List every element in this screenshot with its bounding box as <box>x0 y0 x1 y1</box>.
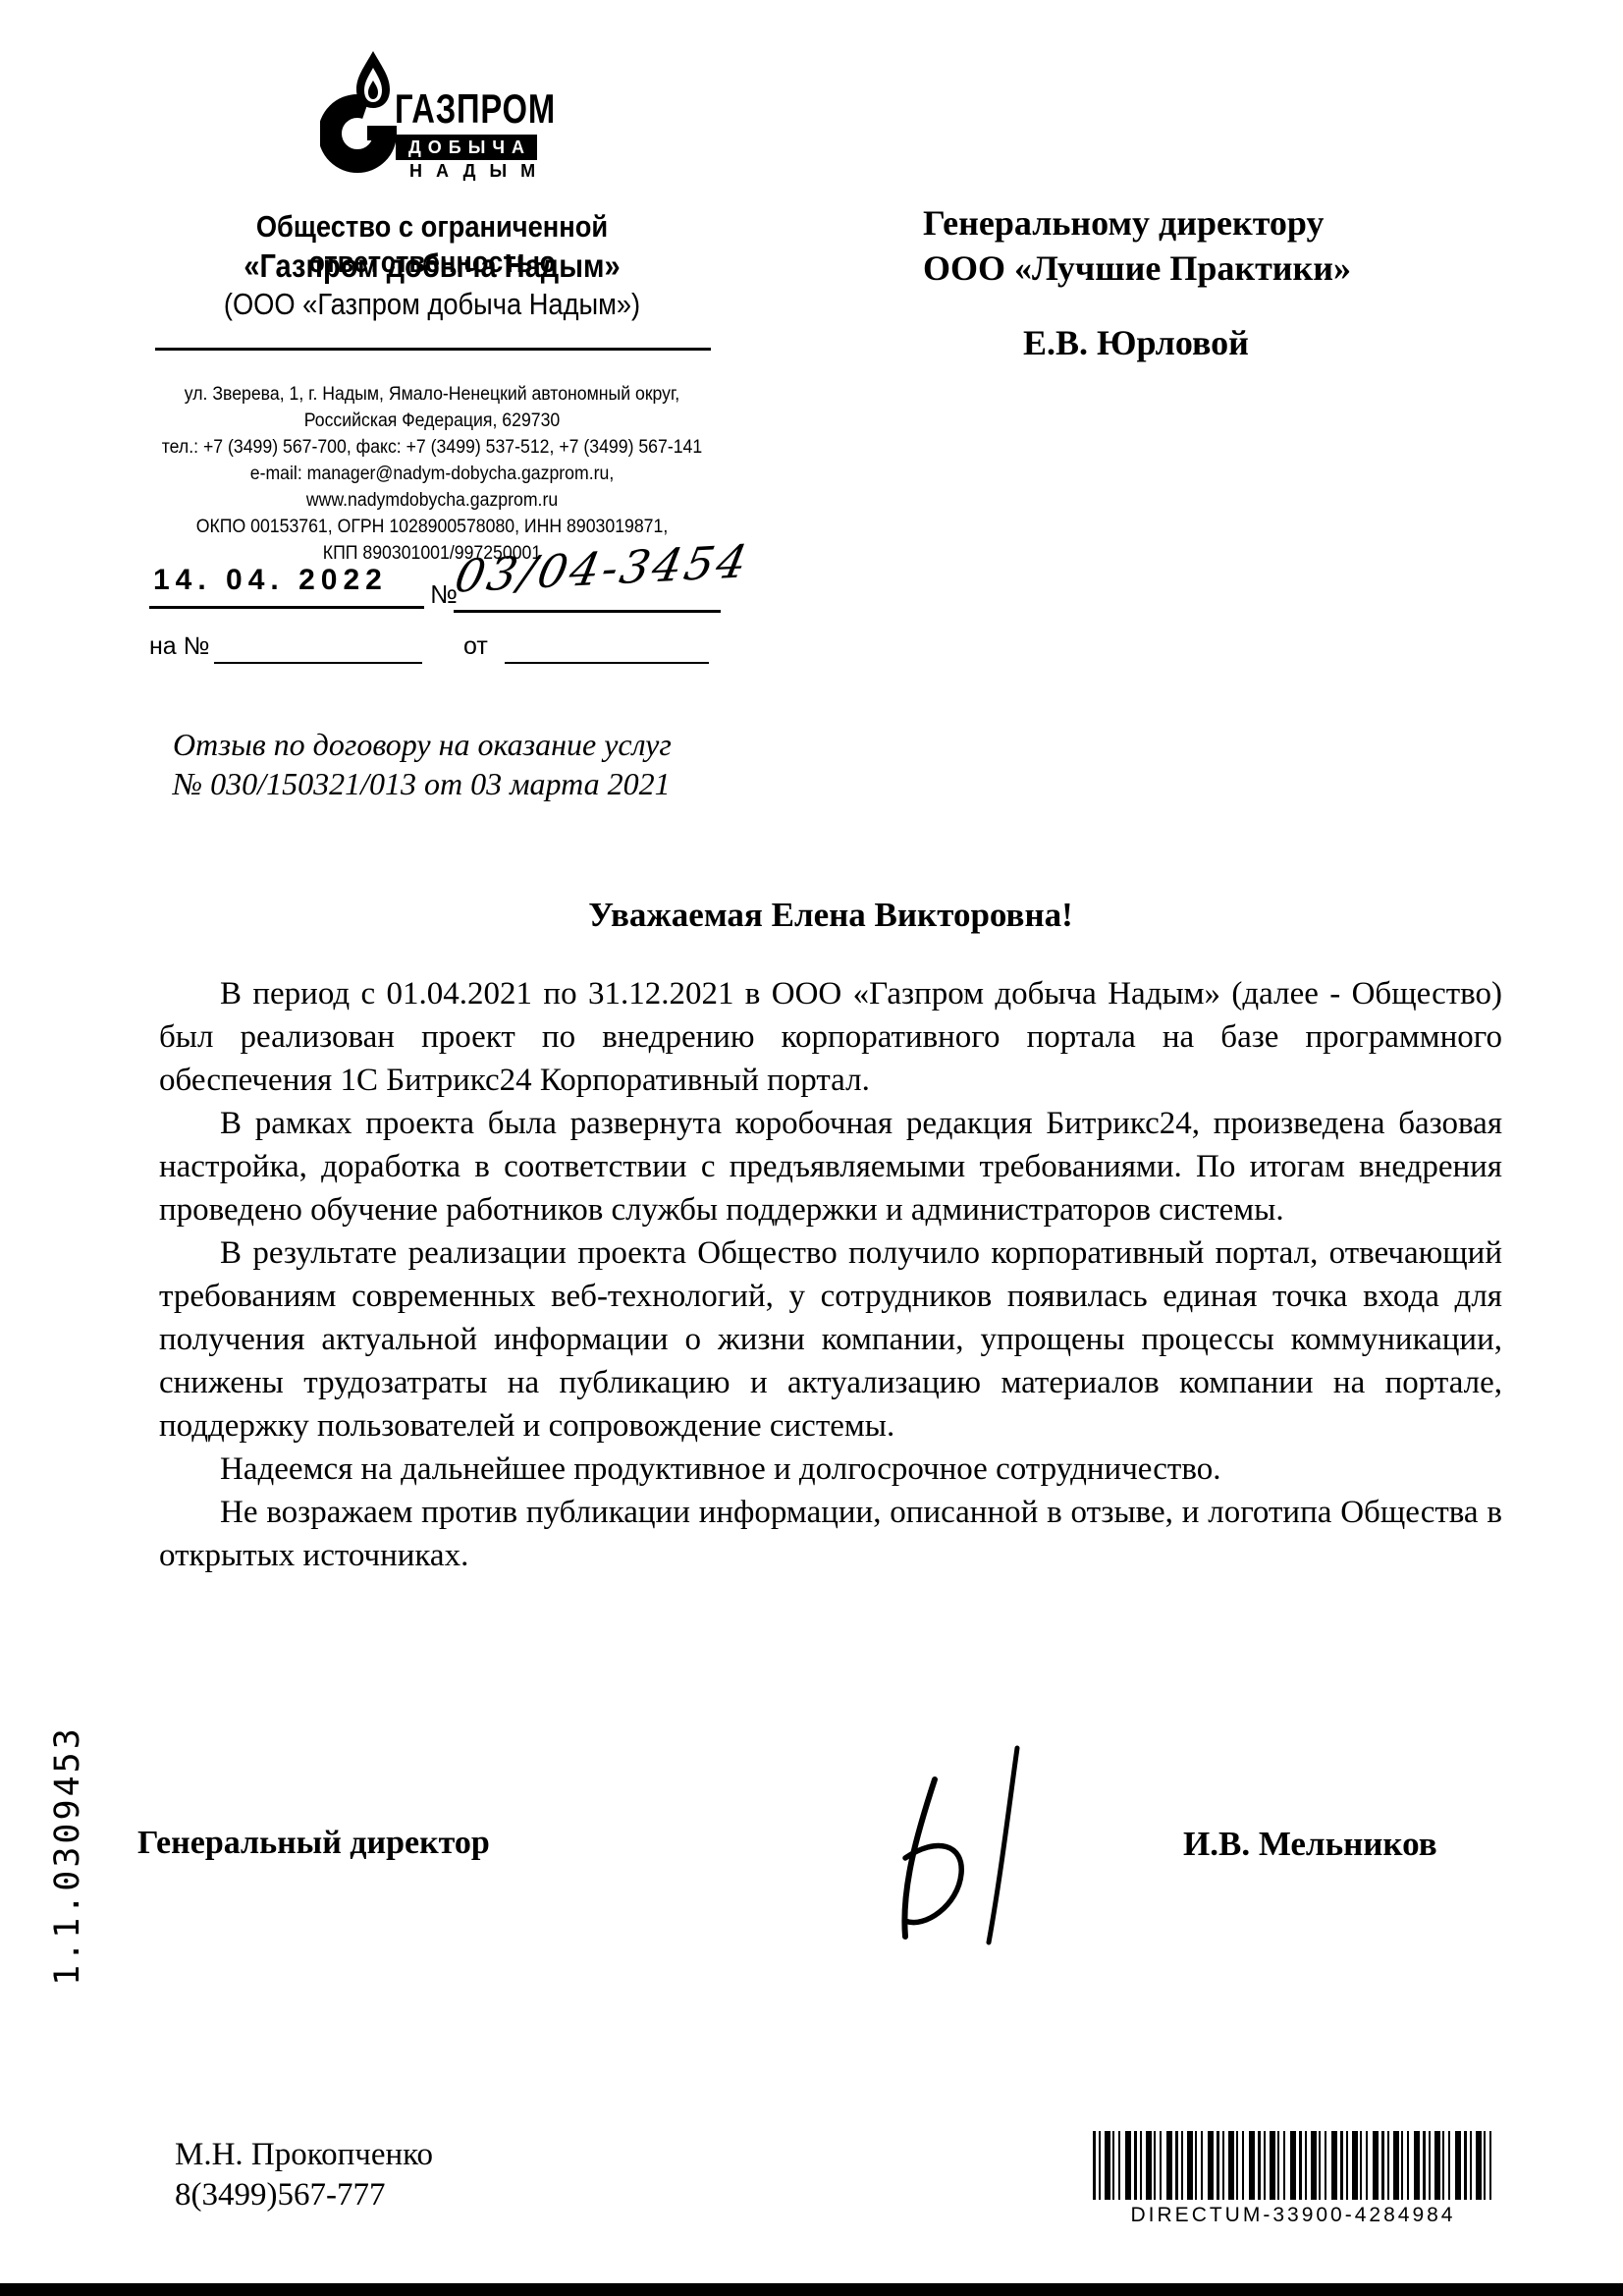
barcode-label: DIRECTUM-33900-4284984 <box>1093 2203 1493 2227</box>
company-logo <box>320 49 399 184</box>
reply-date-underline <box>505 662 709 664</box>
letter-page: 1.1.0309453 ГАЗПРОМ ДОБЫЧА НАДЫМ Обществ… <box>0 0 1623 2296</box>
date-underline <box>149 606 424 609</box>
body-paragraph: Надеемся на дальнейшее продуктивное и до… <box>159 1448 1502 1491</box>
side-registration-number: 1.1.0309453 <box>51 1662 85 1986</box>
body-paragraph: Не возражаем против публикации информаци… <box>159 1491 1502 1577</box>
logo-division-text: ДОБЫЧА <box>396 135 537 160</box>
signer-name: И.В. Мельников <box>1183 1827 1437 1861</box>
date-stamp: 14. 04. 2022 <box>153 566 388 595</box>
logo-city-text: НАДЫМ <box>396 162 537 182</box>
sender-address-line1: ул. Зверева, 1, г. Надым, Ямало-Ненецкий… <box>122 381 742 408</box>
subject-line2: № 030/150321/013 от 03 марта 2021 <box>173 764 672 803</box>
letter-body: В период с 01.04.2021 по 31.12.2021 в ОО… <box>159 972 1502 1577</box>
gazprom-flame-icon <box>320 49 399 179</box>
recipient-name: Е.В. Юрловой <box>1023 324 1249 363</box>
recipient-title: Генеральному директору <box>923 204 1324 244</box>
sender-name-short: (ООО «Газпром добыча Надым») <box>155 287 708 322</box>
body-paragraph: В результате реализации проекта Общество… <box>159 1231 1502 1448</box>
body-paragraph: В период с 01.04.2021 по 31.12.2021 в ОО… <box>159 972 1502 1102</box>
executor-name: М.Н. Прокопченко <box>175 2136 433 2175</box>
sender-phones: тел.: +7 (3499) 567-700, факс: +7 (3499)… <box>122 434 742 461</box>
executor-phone: 8(3499)567-777 <box>175 2176 385 2215</box>
sender-codes-line1: ОКПО 00153761, ОГРН 1028900578080, ИНН 8… <box>122 514 742 540</box>
sender-requisites: ул. Зверева, 1, г. Надым, Ямало-Ненецкий… <box>122 381 742 567</box>
signer-title: Генеральный директор <box>137 1827 490 1860</box>
sender-name-quoted: «Газпром добыча Надым» <box>155 247 708 285</box>
number-underline <box>454 610 721 613</box>
sender-website: www.nadymdobycha.gazprom.ru <box>122 487 742 514</box>
body-paragraph: В рамках проекта была развернута коробоч… <box>159 1102 1502 1231</box>
subject-block: Отзыв по договору на оказание услуг № 03… <box>173 725 672 803</box>
outgoing-number-handwritten: 03/04-3454 <box>452 538 754 598</box>
sender-email: e-mail: manager@nadym-dobycha.gazprom.ru… <box>122 461 742 487</box>
reply-date-label: от <box>463 634 488 659</box>
signature <box>862 1740 1058 1951</box>
reply-number-label: на № <box>149 634 209 659</box>
reply-number-underline <box>214 662 422 664</box>
recipient-company: ООО «Лучшие Практики» <box>923 249 1351 289</box>
scan-edge-artifact <box>0 2283 1623 2296</box>
logo-brand-text: ГАЗПРОМ <box>395 88 556 130</box>
sender-address-line2: Российская Федерация, 629730 <box>122 408 742 434</box>
barcode <box>1093 2131 1493 2200</box>
header-divider <box>155 348 711 351</box>
subject-line1: Отзыв по договору на оказание услуг <box>173 725 672 764</box>
salutation: Уважаемая Елена Викторовна! <box>159 896 1502 935</box>
